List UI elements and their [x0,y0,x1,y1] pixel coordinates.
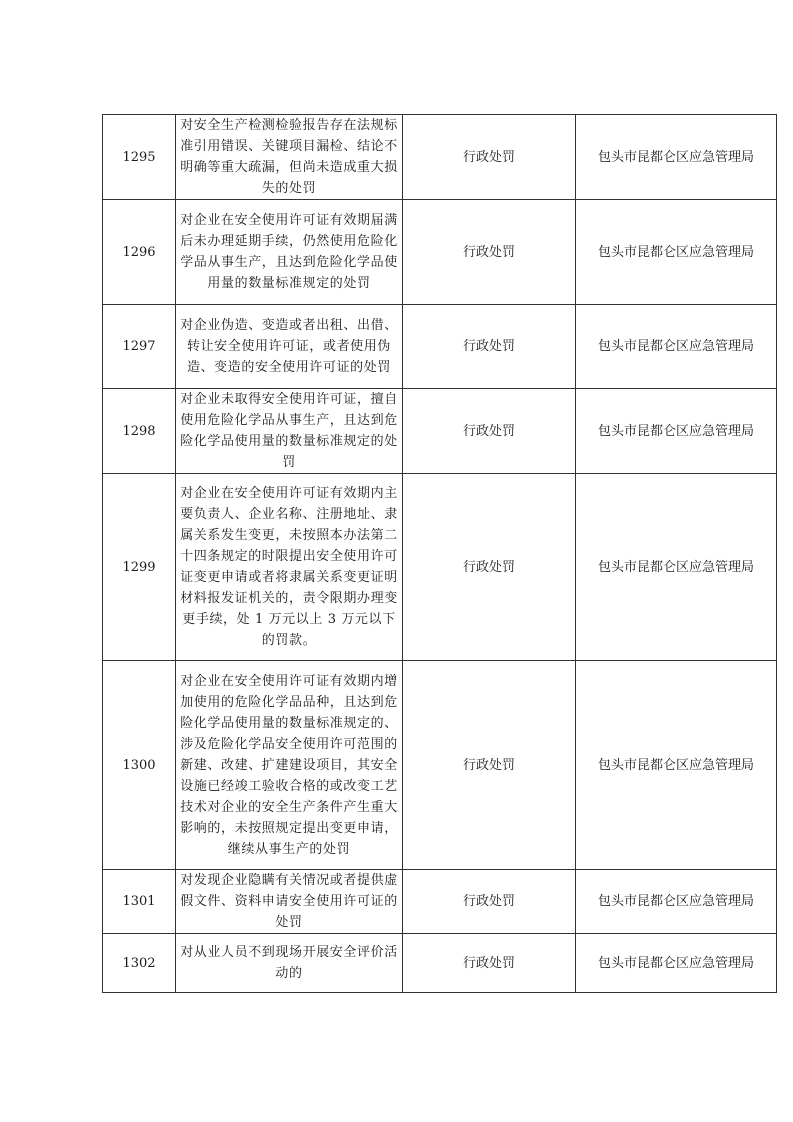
item-authority: 包头市昆都仑区应急管理局 [576,474,777,661]
item-authority: 包头市昆都仑区应急管理局 [576,870,777,934]
document-page: 1295 对安全生产检测检验报告存在法规标准引用错误、关键项目漏检、结论不明确等… [0,0,793,1122]
item-authority: 包头市昆都仑区应急管理局 [576,305,777,389]
item-type: 行政处罚 [403,661,576,870]
item-description: 对企业未取得安全使用许可证，擅自使用危险化学品从事生产，且达到危险化学品使用量的… [176,389,403,474]
item-description: 对从业人员不到现场开展安全评价活动的 [176,934,403,993]
item-type: 行政处罚 [403,389,576,474]
table-row: 1298 对企业未取得安全使用许可证，擅自使用危险化学品从事生产，且达到危险化学… [103,389,777,474]
item-description: 对发现企业隐瞒有关情况或者提供虚假文件、资料申请安全使用许可证的处罚 [176,870,403,934]
item-type: 行政处罚 [403,934,576,993]
item-number: 1302 [103,934,176,993]
item-description: 对企业伪造、变造或者出租、出借、转让安全使用许可证，或者使用伪造、变造的安全使用… [176,305,403,389]
item-description: 对企业在安全使用许可证有效期届满后未办理延期手续，仍然使用危险化学品从事生产，且… [176,200,403,305]
table-row: 1296 对企业在安全使用许可证有效期届满后未办理延期手续，仍然使用危险化学品从… [103,200,777,305]
item-authority: 包头市昆都仑区应急管理局 [576,200,777,305]
item-authority: 包头市昆都仑区应急管理局 [576,389,777,474]
item-number: 1298 [103,389,176,474]
table-row: 1299 对企业在安全使用许可证有效期内主要负责人、企业名称、注册地址、隶属关系… [103,474,777,661]
item-description: 对企业在安全使用许可证有效期内主要负责人、企业名称、注册地址、隶属关系发生变更，… [176,474,403,661]
item-authority: 包头市昆都仑区应急管理局 [576,934,777,993]
item-type: 行政处罚 [403,115,576,200]
item-description: 对企业在安全使用许可证有效期内增加使用的危险化学品品种，且达到危险化学品使用量的… [176,661,403,870]
table-row: 1301 对发现企业隐瞒有关情况或者提供虚假文件、资料申请安全使用许可证的处罚 … [103,870,777,934]
table-row: 1300 对企业在安全使用许可证有效期内增加使用的危险化学品品种，且达到危险化学… [103,661,777,870]
table-row: 1297 对企业伪造、变造或者出租、出借、转让安全使用许可证，或者使用伪造、变造… [103,305,777,389]
item-number: 1300 [103,661,176,870]
item-authority: 包头市昆都仑区应急管理局 [576,115,777,200]
item-authority: 包头市昆都仑区应急管理局 [576,661,777,870]
item-number: 1297 [103,305,176,389]
item-type: 行政处罚 [403,870,576,934]
item-description: 对安全生产检测检验报告存在法规标准引用错误、关键项目漏检、结论不明确等重大疏漏，… [176,115,403,200]
item-number: 1299 [103,474,176,661]
table-row: 1302 对从业人员不到现场开展安全评价活动的 行政处罚 包头市昆都仑区应急管理… [103,934,777,993]
item-number: 1296 [103,200,176,305]
penalty-items-table: 1295 对安全生产检测检验报告存在法规标准引用错误、关键项目漏检、结论不明确等… [102,114,777,993]
item-number: 1301 [103,870,176,934]
item-type: 行政处罚 [403,474,576,661]
item-type: 行政处罚 [403,305,576,389]
item-number: 1295 [103,115,176,200]
table-row: 1295 对安全生产检测检验报告存在法规标准引用错误、关键项目漏检、结论不明确等… [103,115,777,200]
item-type: 行政处罚 [403,200,576,305]
